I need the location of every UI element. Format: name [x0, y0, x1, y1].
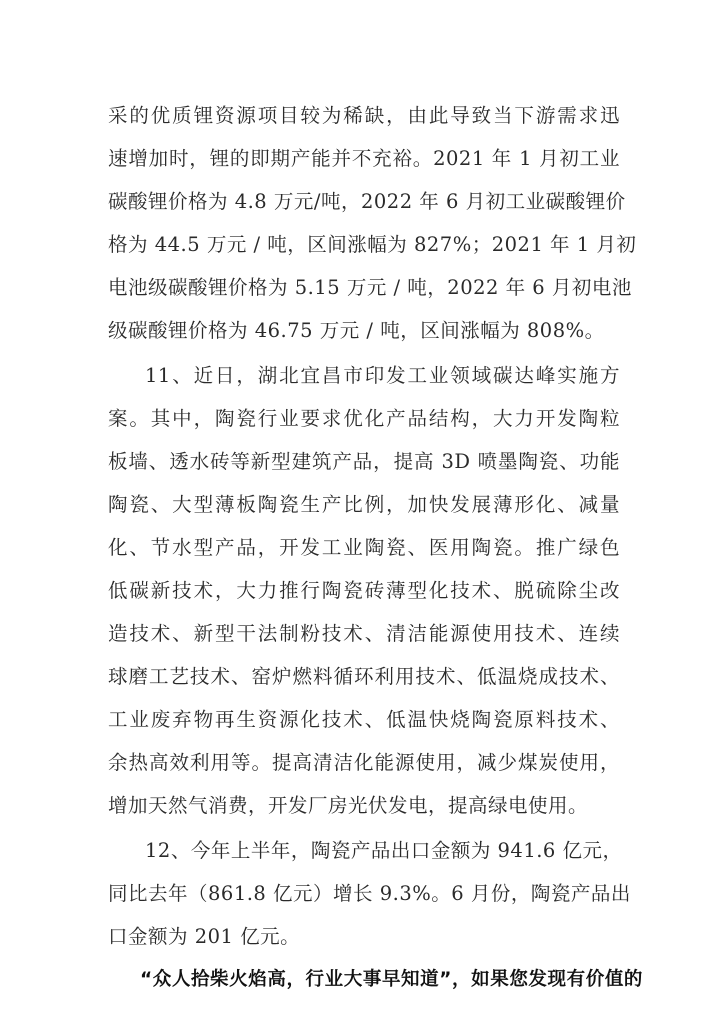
text-line: 同比去年（861.8 亿元）增长 9.3%。6 月份，陶瓷产品出: [108, 882, 620, 906]
text-line: 球磨工艺技术、窑炉燃料循环利用技术、低温烧成技术、: [108, 665, 620, 689]
text-line: 电池级碳酸锂价格为 5.15 万元 / 吨，2022 年 6 月初电池: [108, 276, 620, 300]
text-line: 格为 44.5 万元 / 吨，区间涨幅为 827%；2021 年 1 月初: [108, 233, 620, 257]
text-line: 级碳酸锂价格为 46.75 万元 / 吨，区间涨幅为 808%。: [108, 319, 620, 343]
text-line: 碳酸锂价格为 4.8 万元/吨，2022 年 6 月初工业碳酸锂价: [108, 190, 620, 214]
text-line: 造技术、新型干法制粉技术、清洁能源使用技术、连续: [108, 622, 620, 646]
text-line: 低碳新技术，大力推行陶瓷砖薄型化技术、脱硫除尘改: [108, 579, 620, 603]
item-11-heading-line: 11、近日，湖北宜昌市印发工业领域碳达峰实施方: [145, 364, 620, 388]
text-line: 工业废弃物再生资源化技术、低温快烧陶瓷原料技术、: [108, 708, 620, 732]
text-line: 陶瓷、大型薄板陶瓷生产比例，加快发展薄形化、减量: [108, 493, 620, 517]
text-line: 采的优质锂资源项目较为稀缺，由此导致当下游需求迅: [108, 104, 620, 128]
text-line: 板墙、透水砖等新型建筑产品，提高 3D 喷墨陶瓷、功能: [108, 450, 620, 474]
text-line: 案。其中，陶瓷行业要求优化产品结构，大力开发陶粒: [108, 407, 620, 431]
document-page: 采的优质锂资源项目较为稀缺，由此导致当下游需求迅 速增加时，锂的即期产能并不充裕…: [0, 0, 725, 1024]
text-line: 速增加时，锂的即期产能并不充裕。2021 年 1 月初工业: [108, 147, 620, 171]
text-line: 余热高效利用等。提高清洁化能源使用，减少煤炭使用，: [108, 751, 620, 775]
contact-note-line: “众人拾柴火焰高，行业大事早知道”，如果您发现有价值的: [140, 968, 624, 992]
item-12-heading-line: 12、今年上半年，陶瓷产品出口金额为 941.6 亿元，: [145, 839, 620, 863]
text-line: 增加天然气消费，开发厂房光伏发电，提高绿电使用。: [108, 794, 620, 818]
text-line: 口金额为 201 亿元。: [108, 925, 620, 949]
text-line: 化、节水型产品，开发工业陶瓷、医用陶瓷。推广绿色: [108, 536, 620, 560]
